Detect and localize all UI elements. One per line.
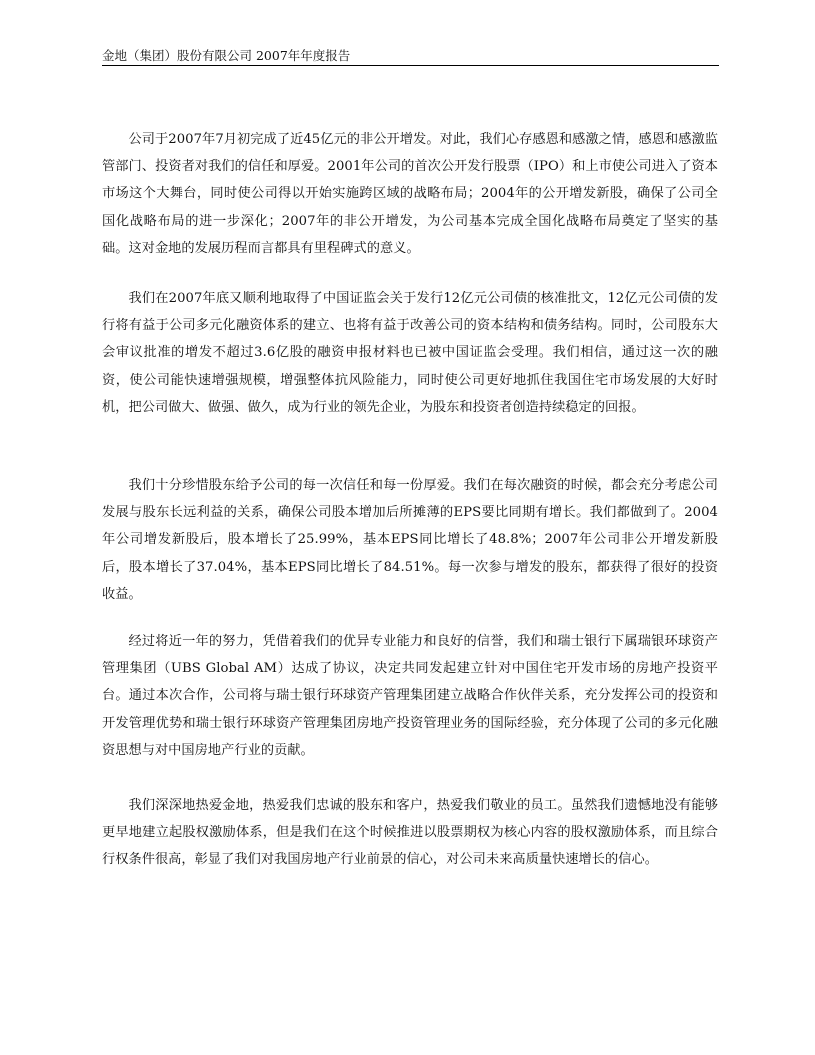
running-header: 金地（集团）股份有限公司 2007年年度报告 <box>102 48 719 64</box>
paragraph-corporate-bonds: 我们在2007年底又顺利地取得了中国证监会关于发行12亿元公司债的核准批文，12… <box>102 285 718 421</box>
header-divider <box>102 65 719 66</box>
paragraph-equity-incentive: 我们深深地热爱金地，热爱我们忠诚的股东和客户，热爱我们敬业的员工。虽然我们遗憾地… <box>102 792 718 874</box>
paragraph-private-placement: 公司于2007年7月初完成了近45亿元的非公开增发。对此，我们心存感恩和感激之情… <box>102 126 718 262</box>
paragraph-shareholder-eps: 我们十分珍惜股东给予公司的每一次信任和每一份厚爱。我们在每次融资的时候，都会充分… <box>102 472 718 608</box>
paragraph-ubs-partnership: 经过将近一年的努力，凭借着我们的优异专业能力和良好的信誉，我们和瑞士银行下属瑞银… <box>102 628 718 764</box>
